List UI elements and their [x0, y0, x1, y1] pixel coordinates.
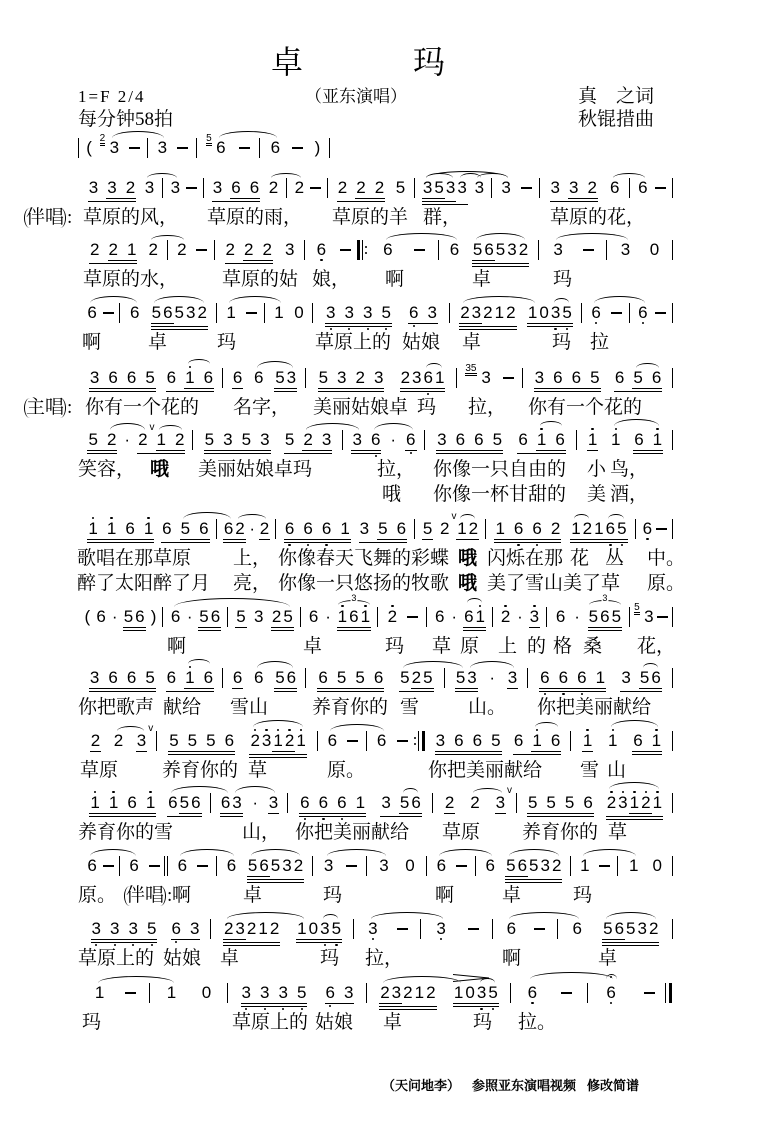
note: 3 — [343, 984, 354, 1001]
note: 2 — [234, 520, 245, 537]
slur-arc — [330, 724, 383, 731]
underline-group: 12 — [456, 520, 479, 540]
edit-note: 修改简谱 — [587, 1079, 639, 1095]
underline-group: 25 — [411, 669, 434, 689]
underline-group: 56532 — [151, 304, 208, 327]
note-digit: 6 — [328, 731, 337, 750]
measure: 6 — [305, 241, 362, 261]
barline — [672, 303, 673, 323]
note: 1 — [108, 794, 119, 811]
note-digit: 2 — [90, 240, 99, 259]
note-digit: 2 — [262, 240, 271, 259]
note-digit: 6 — [87, 856, 96, 875]
note-digit: 6 — [233, 368, 242, 387]
note-digit: 5 — [378, 519, 387, 538]
note: 3 — [261, 732, 272, 749]
note-digit: 5 — [640, 668, 649, 687]
note-digit: 5 — [612, 607, 621, 626]
lyric: 美丽姑娘卓玛 — [198, 460, 312, 480]
underline-group: 3665 — [89, 669, 156, 689]
hold-dash — [346, 865, 357, 867]
lyric: 卓 — [303, 637, 322, 657]
note: 3 — [507, 669, 518, 686]
note: 5 — [180, 520, 191, 537]
note: 1 — [145, 794, 156, 811]
note: 6 — [321, 520, 332, 537]
note-digit: 2 — [114, 731, 123, 750]
note: 3 — [466, 669, 477, 686]
note: 2 — [374, 179, 385, 196]
lyric: 啊 — [502, 949, 521, 969]
note: 2 — [261, 241, 272, 258]
note-spacer — [545, 369, 552, 370]
note: 2 — [468, 520, 479, 537]
note: 2 — [269, 920, 280, 937]
measure: 6661356 — [288, 794, 433, 814]
note: 3 — [127, 920, 138, 937]
note: 6 — [107, 669, 118, 686]
hold-dash — [655, 312, 666, 314]
note: 6 — [633, 431, 644, 448]
low-octave-dot — [621, 544, 623, 546]
underline-group: 5323 — [318, 369, 385, 389]
note-digit: 0 — [202, 983, 211, 1002]
underline-group: 56532 — [602, 920, 659, 946]
note-digit: 6 — [127, 793, 136, 812]
measure: 2225 — [328, 179, 415, 199]
note-digit: 6 — [349, 607, 358, 626]
note: 2 — [148, 241, 159, 258]
note-digit: 1 — [652, 731, 661, 750]
measure: 6 — [80, 857, 120, 877]
underline-group: 1035 — [296, 920, 342, 940]
system-6: 1161656 62·2 6661356 52v12 166212165 6 歌… — [0, 520, 774, 600]
underline-group: 56 — [247, 857, 270, 877]
underline-group: 5323 — [318, 369, 385, 392]
low-octave-dot — [304, 818, 306, 820]
underline-group: 56532 — [505, 857, 562, 883]
lyric: 养育你的 — [162, 761, 238, 781]
note: 1 — [126, 241, 137, 258]
note-digit: 6 — [411, 793, 420, 812]
note: 5 — [174, 304, 185, 321]
open-paren: ( — [86, 139, 92, 156]
lyric: 娘， — [312, 270, 350, 290]
note-spacer — [506, 520, 513, 521]
measure: 30 — [607, 241, 673, 261]
note-digit: 5 — [88, 430, 97, 449]
note: 2v — [137, 431, 148, 448]
underline-group: 1035 — [453, 984, 499, 1007]
note-digit: 6 — [377, 731, 386, 750]
note-spacer — [367, 179, 374, 180]
lyric: 草 — [248, 761, 267, 781]
underline-group: 56 — [505, 857, 528, 877]
grace-note: 5 — [634, 603, 640, 615]
measure: 6) — [260, 139, 330, 159]
note-spacer — [370, 520, 377, 521]
note-digit: 5 — [188, 731, 197, 750]
note-digit: 6 — [318, 668, 327, 687]
measure: 3326 — [540, 179, 630, 199]
note: 1 — [582, 732, 593, 749]
note-digit: 3 — [427, 303, 436, 322]
note-digit: 6 — [409, 303, 418, 322]
note: 1 — [536, 431, 547, 448]
note-spacer — [295, 520, 302, 521]
low-octave-dot — [245, 1008, 247, 1010]
slur-arc — [403, 788, 418, 793]
measure: 656532 — [476, 857, 571, 877]
note: 5 — [422, 520, 433, 537]
lyric: 玛 — [553, 270, 572, 290]
measure: 6 — [367, 732, 425, 752]
hold-dash — [340, 249, 351, 251]
slur-arc — [426, 171, 508, 178]
note: 2 — [648, 920, 659, 937]
hold-dash — [103, 865, 114, 867]
low-octave-dot — [335, 944, 337, 946]
lyric: 丛 — [605, 549, 624, 569]
note: 5 — [545, 794, 556, 811]
underline-group: 22 — [243, 241, 273, 261]
note: 6 — [327, 732, 338, 749]
lyric-verse2: 亮， — [233, 574, 271, 594]
note-digit: 2 — [197, 303, 206, 322]
note: 6 — [270, 139, 281, 156]
lyric: 玛 — [573, 886, 592, 906]
measure: 3323 — [80, 179, 163, 199]
barline — [672, 607, 673, 627]
note-digit: 2 — [552, 856, 561, 875]
underline-group: 23121 — [249, 732, 306, 755]
slur-arc — [509, 849, 559, 856]
slur-arc — [90, 296, 137, 303]
lyric: 献给 — [163, 698, 201, 718]
note-spacer — [138, 794, 145, 795]
note-spacer — [645, 431, 652, 432]
note-digit: 6 — [191, 793, 200, 812]
note-spacer — [234, 431, 241, 432]
note: 3 — [411, 369, 422, 386]
underline-group: 656 — [614, 369, 662, 392]
measure: 10 — [150, 984, 228, 1004]
slur-arc — [554, 298, 569, 303]
note: 3 — [506, 241, 517, 258]
underline-group: 56 — [632, 369, 662, 389]
note-spacer — [196, 669, 203, 670]
note: 6 — [473, 431, 484, 448]
note: 3 — [222, 431, 233, 448]
note: 5 — [282, 608, 293, 625]
note-digit: 6 — [486, 856, 495, 875]
underline-group: 332 — [550, 179, 598, 202]
note: 0 — [293, 304, 304, 321]
hold-dash — [196, 249, 207, 251]
note-digit: 6 — [233, 668, 242, 687]
lyric: 姑娘 — [315, 1013, 353, 1033]
underline-group: 22 — [355, 179, 385, 199]
note-digit: 6 — [528, 983, 537, 1002]
low-octave-dot — [517, 544, 519, 546]
note-digit: 1 — [588, 430, 597, 449]
note: 2 — [268, 179, 279, 196]
note-spacer — [588, 669, 595, 670]
note-digit: 6 — [484, 240, 493, 259]
note-digit: 2 — [224, 919, 233, 938]
underline-group: 3161 — [337, 608, 371, 628]
underline-group: 23121 — [249, 732, 306, 758]
underline-group: 3335 — [325, 304, 392, 324]
slur-arc — [606, 912, 656, 919]
lyric: 啊 — [172, 886, 191, 906]
note: 6 — [632, 732, 643, 749]
measure: 3665656 — [523, 369, 673, 389]
note-digit: 5 — [355, 668, 364, 687]
note-digit: 5 — [434, 178, 443, 197]
note: 1 — [610, 431, 621, 448]
note-digit: 3 — [110, 138, 119, 157]
note: 0 — [201, 984, 212, 1001]
note: 2 — [500, 608, 511, 625]
note: 3 — [234, 920, 245, 937]
underline-group: 5556 — [168, 732, 235, 755]
note: 1 — [225, 304, 236, 321]
note: 1 — [184, 369, 195, 386]
underline-group: 35 — [422, 179, 445, 199]
note-digit: 2 — [356, 178, 365, 197]
note-digit: 1 — [653, 430, 662, 449]
note: 6 — [650, 669, 661, 686]
note-spacer — [466, 431, 473, 432]
performer-credit: （亚东演唱） — [305, 86, 407, 108]
note: 5 — [616, 520, 627, 537]
note-digit: 1 — [495, 519, 504, 538]
underline-group: 56532 — [472, 241, 529, 267]
underline-group: 23212 — [223, 920, 280, 946]
underline-group: 2 — [90, 732, 101, 752]
note: 6 — [161, 520, 172, 537]
barline — [672, 519, 673, 539]
note: 6 — [171, 920, 182, 937]
low-octave-dot — [367, 328, 369, 330]
note: 2 — [259, 520, 270, 537]
measure: 1 — [80, 984, 150, 1004]
note-digit: 6 — [125, 519, 134, 538]
note-digit: 1 — [629, 856, 638, 875]
underline-group: 56 — [472, 241, 495, 261]
note: 5 — [455, 669, 466, 686]
note-spacer — [575, 794, 582, 795]
measure: 232121035 — [367, 984, 511, 1004]
low-octave-dot — [531, 1002, 533, 1004]
note-digit: 6 — [638, 178, 647, 197]
note: 5 — [492, 431, 503, 448]
hold-dash — [177, 147, 188, 149]
measure: 2223 — [215, 241, 305, 261]
note-digit: 1 — [495, 303, 504, 322]
note: 1 — [475, 608, 486, 625]
underline-group: 353 — [422, 179, 456, 202]
grace-note: 2 — [100, 134, 106, 146]
note-spacer — [363, 431, 370, 432]
note-spacer — [198, 732, 205, 733]
note: 2 — [469, 794, 480, 811]
note-digit: 1 — [653, 793, 662, 812]
hold-dash — [239, 147, 250, 149]
underline-group: 61 — [463, 608, 486, 628]
underline-group: 3565 — [588, 608, 622, 628]
underline-group: 6 — [405, 431, 416, 451]
note: 6 — [107, 369, 118, 386]
source-note: 参照亚东演唱视频 — [472, 1079, 576, 1095]
note: 3 — [373, 369, 384, 386]
note: 5 — [151, 304, 162, 321]
underline-group: 1161 — [87, 520, 154, 543]
measure: 3662 — [204, 179, 287, 199]
note-digit: 1 — [90, 793, 99, 812]
augmentation-dot: · — [124, 431, 130, 448]
note: 2 — [640, 794, 651, 811]
low-octave-dot — [301, 1008, 303, 1010]
lyric: 小 — [587, 460, 606, 480]
note-digit: 2 — [380, 983, 389, 1002]
note: 3 — [321, 431, 332, 448]
hold-dash — [561, 992, 572, 994]
note: 6 — [463, 608, 474, 625]
low-octave-dot — [264, 1008, 266, 1010]
note-spacer — [119, 369, 126, 370]
note-digit: 6 — [204, 368, 213, 387]
note: 6 — [506, 920, 517, 937]
note-digit: 0 — [653, 856, 662, 875]
note-digit: 2 — [269, 178, 278, 197]
note-digit: 6 — [254, 368, 263, 387]
lyric: 草原 — [80, 761, 118, 781]
measure: 6·3565 — [547, 608, 630, 628]
note: 2 — [586, 179, 597, 196]
note: 5 — [589, 369, 600, 386]
note: 2 — [482, 304, 493, 321]
note: 6 — [449, 241, 460, 258]
underline-group: 1035 — [296, 920, 342, 943]
note: 3 — [109, 920, 120, 937]
note: 2 — [337, 179, 348, 196]
note-digit: 3 — [171, 178, 180, 197]
note-digit: 6 — [615, 368, 624, 387]
note-spacer — [254, 241, 261, 242]
underline-group: 56532 — [602, 920, 659, 943]
note: 1 — [184, 669, 195, 686]
note: 6 — [134, 608, 145, 625]
note-digit: 6 — [168, 793, 177, 812]
note-digit: 6 — [651, 668, 660, 687]
hold-dash — [149, 865, 160, 867]
note: 6 — [436, 857, 447, 874]
note: 6 — [318, 794, 329, 811]
note: 6 — [554, 431, 565, 448]
note-digit: 5 — [271, 856, 280, 875]
note-digit: 5 — [400, 793, 409, 812]
note: 3 — [436, 431, 447, 448]
measure: 1161 — [577, 431, 673, 451]
note-digit: 1 — [571, 519, 580, 538]
note-spacer — [332, 520, 339, 521]
note-digit: 2 — [470, 793, 479, 812]
hold-dash — [310, 187, 321, 189]
note-spacer — [579, 179, 586, 180]
lyric: 歌唱在那草原 — [77, 549, 191, 569]
lyric: 卓 — [472, 270, 491, 290]
note-digit: 3 — [90, 368, 99, 387]
note-digit: 2 — [303, 430, 312, 449]
measure: 5325 — [228, 608, 301, 628]
note-digit: 5 — [493, 430, 502, 449]
note-digit: 6 — [634, 430, 643, 449]
note: 3 — [157, 139, 168, 156]
note-digit: 3 — [223, 430, 232, 449]
measure: 6·3161 — [301, 608, 378, 628]
lyric: 拉。 — [518, 1013, 556, 1033]
slur-arc — [473, 788, 502, 793]
note: 6 — [370, 431, 381, 448]
note: 5 — [399, 794, 410, 811]
barline — [672, 430, 673, 450]
note-spacer — [117, 520, 124, 521]
underline-group: 53 — [274, 369, 297, 389]
note: 6 — [95, 608, 106, 625]
note-digit: 1 — [258, 919, 267, 938]
note-digit: 5 — [145, 368, 154, 387]
breath-mark: v — [148, 724, 153, 734]
measure: 3 — [492, 179, 540, 199]
note-digit: 2 — [460, 303, 469, 322]
note-digit: 6 — [108, 368, 117, 387]
note-digit: 3 — [436, 919, 445, 938]
note: 6 — [302, 520, 313, 537]
note-digit: 3 — [412, 368, 421, 387]
note-digit: 5 — [283, 607, 292, 626]
underline-group: 222 — [225, 241, 273, 264]
lyric-verse2: 你像一只悠扬的牧歌 — [278, 574, 449, 594]
note-digit: 6 — [163, 303, 172, 322]
note: 6 — [232, 369, 243, 386]
underline-group: 5 — [422, 520, 433, 540]
note: 6 — [572, 920, 583, 937]
underline-group: 6 — [232, 369, 243, 389]
measure: 6 — [80, 304, 120, 324]
note: 0 — [652, 857, 663, 874]
note-digit: 1 — [127, 240, 136, 259]
note: 1 — [434, 369, 445, 386]
lyric: 卓 — [462, 333, 481, 353]
note: 6 — [284, 520, 295, 537]
note-digit: 6 — [129, 856, 138, 875]
measure: 223v — [433, 794, 517, 814]
note: 2 — [505, 304, 516, 321]
note: 6 — [126, 369, 137, 386]
lyric: 草原的羊 — [332, 208, 408, 228]
measure: 6 — [493, 920, 558, 940]
note: 3 — [344, 304, 355, 321]
note: 3 — [435, 920, 446, 937]
note-digit: 5 — [491, 731, 500, 750]
note: 6 — [517, 857, 528, 874]
lyric: 草原的风， — [83, 208, 178, 228]
measure: 6656 — [223, 669, 306, 689]
note-digit: 6 — [172, 919, 181, 938]
note: 3 — [540, 857, 551, 874]
